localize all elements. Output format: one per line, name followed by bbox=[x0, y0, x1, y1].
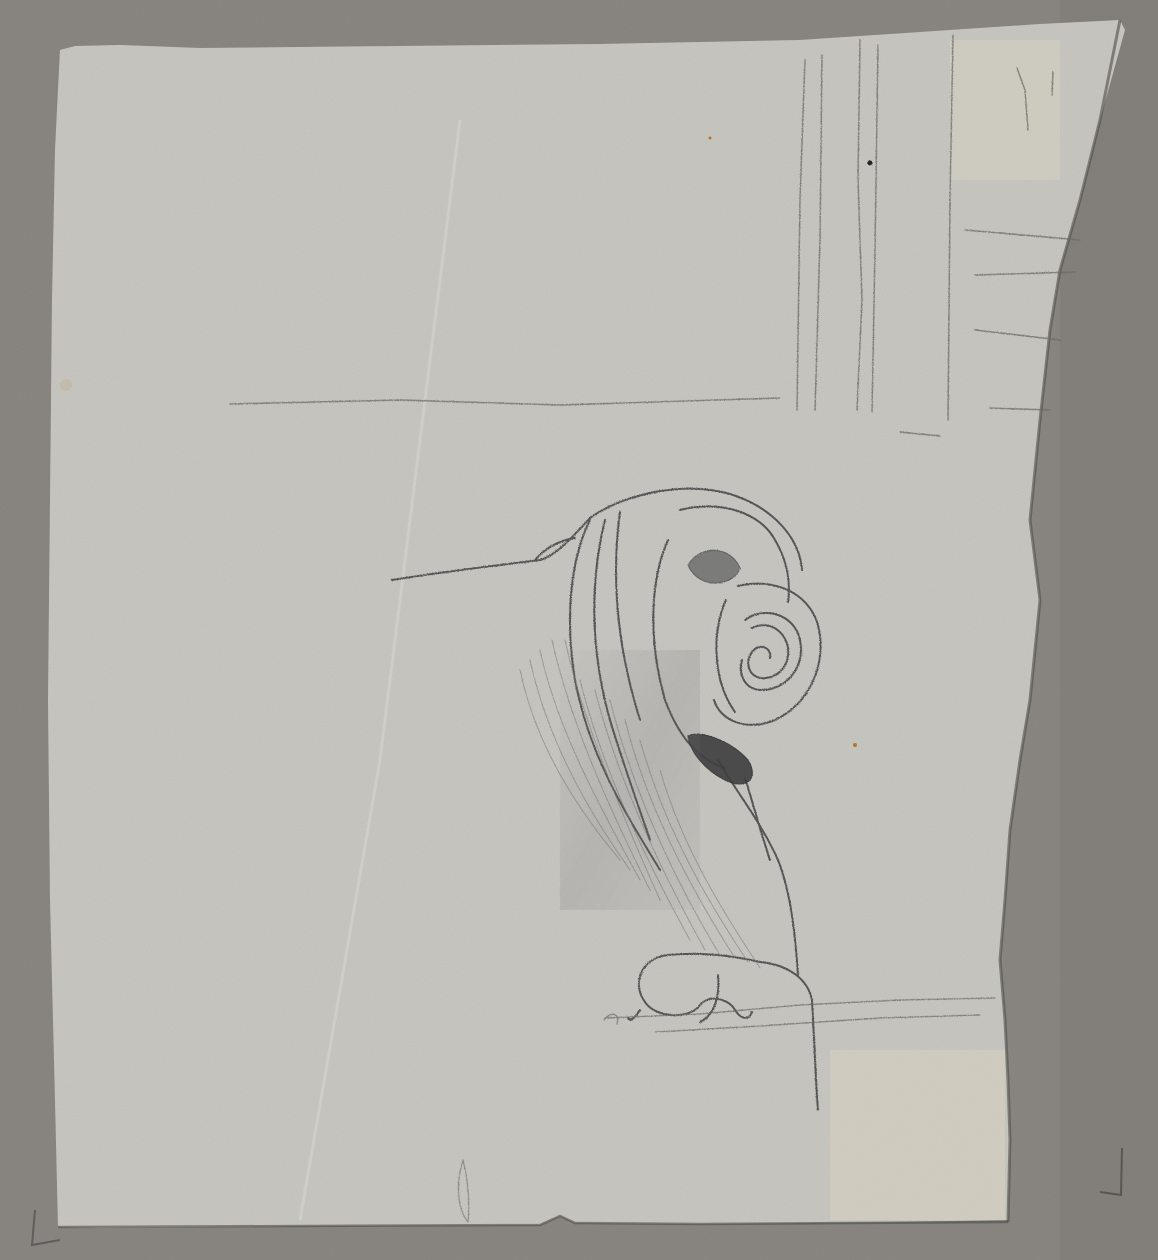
paper-speck bbox=[853, 743, 857, 747]
sketch-canvas bbox=[0, 0, 1158, 1260]
artwork-scene: Pencil sketch of a spiral scroll ornamen… bbox=[0, 0, 1158, 1260]
paper-stain-bottom-right bbox=[830, 1050, 1005, 1220]
paper-stain-top-right bbox=[950, 40, 1060, 180]
paper-sheet bbox=[48, 20, 1125, 1228]
